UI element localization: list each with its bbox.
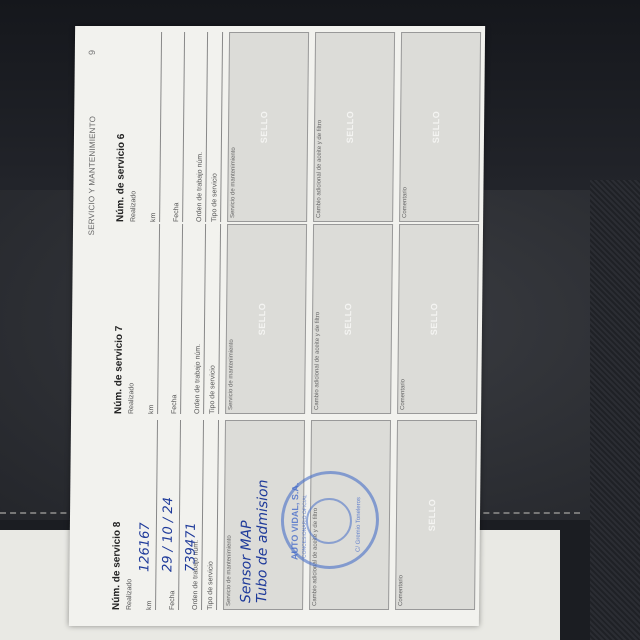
oil-change-box: Cambio adicional de aceite y de filtroSE… bbox=[313, 32, 395, 222]
orden-field: Orden de trabajo núm.739471 bbox=[179, 420, 204, 610]
handwritten-note: Sensor MAP Tubo de admision bbox=[238, 480, 271, 603]
stamp-logo-icon bbox=[306, 498, 352, 544]
tipo-field: Tipo de servicio bbox=[206, 32, 223, 222]
tipo-field: Tipo de servicio bbox=[204, 224, 221, 414]
orden-field: Orden de trabajo núm. bbox=[183, 32, 208, 222]
section-title: SERVICIO Y MANTENIMIENTO bbox=[87, 116, 97, 235]
fecha-field: Fecha bbox=[160, 32, 185, 222]
comment-box: ComentarioSELLO bbox=[397, 224, 479, 414]
service-7-title: Núm. de servicio 7 bbox=[113, 224, 126, 414]
page-content-rotated: SERVICIO Y MANTENIMIENTO 9 Núm. de servi… bbox=[69, 26, 485, 626]
background-fabric bbox=[590, 180, 640, 640]
service-6-title: Núm. de servicio 6 bbox=[115, 32, 128, 222]
km-field: km bbox=[137, 32, 162, 222]
km-field: km126167 bbox=[133, 420, 158, 610]
service-8-column: Núm. de servicio 8 Realizado km126167 Fe… bbox=[111, 420, 463, 610]
km-value: 126167 bbox=[137, 522, 153, 572]
maintenance-box: Servicio de mantenimientoSELLO bbox=[225, 224, 307, 414]
service-8-title: Núm. de servicio 8 bbox=[111, 420, 124, 610]
maintenance-box: Servicio de mantenimientoSELLO bbox=[227, 32, 309, 222]
service-6-column: Núm. de servicio 6 Realizado km Fecha Or… bbox=[115, 32, 467, 222]
service-booklet-page: SERVICIO Y MANTENIMIENTO 9 Núm. de servi… bbox=[69, 26, 485, 626]
page-header: SERVICIO Y MANTENIMIENTO 9 bbox=[79, 36, 105, 616]
comment-box: ComentarioSELLO bbox=[395, 420, 477, 610]
fecha-field: Fecha bbox=[158, 224, 183, 414]
tipo-field: Tipo de servicio bbox=[202, 420, 219, 610]
service-7-column: Núm. de servicio 7 Realizado km Fecha Or… bbox=[113, 224, 465, 414]
page-number: 9 bbox=[87, 50, 97, 55]
oil-change-box: Cambio adicional de aceite y de filtro A… bbox=[309, 420, 391, 610]
oil-change-box: Cambio adicional de aceite y de filtroSE… bbox=[311, 224, 393, 414]
fecha-value: 29 / 10 / 24 bbox=[160, 497, 176, 572]
dealer-stamp: AUTO VIDAL, S.A. CONCESIONARIO OFICIAL C… bbox=[280, 471, 379, 569]
fecha-field: Fecha29 / 10 / 24 bbox=[156, 420, 181, 610]
comment-box: ComentarioSELLO bbox=[399, 32, 481, 222]
km-field: km bbox=[135, 224, 160, 414]
orden-field: Orden de trabajo núm. bbox=[181, 224, 206, 414]
orden-value: 739471 bbox=[183, 522, 199, 572]
